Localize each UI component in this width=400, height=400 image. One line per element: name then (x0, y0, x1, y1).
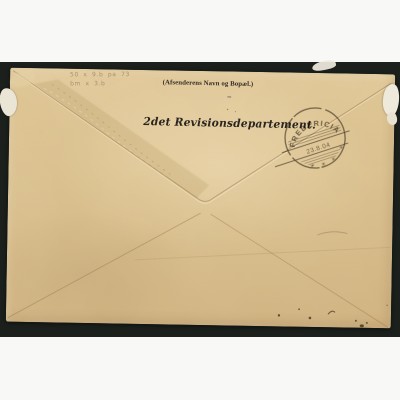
pencil-note-line2: bm x 3.b (70, 79, 130, 88)
postmark-ring (277, 100, 353, 176)
small-smudge-mark: = (227, 94, 232, 99)
pencil-note-line1: 50 x 9.b pa 73 (70, 70, 130, 79)
svg-text:FREDERICIA: FREDERICIA (282, 111, 343, 150)
envelope-back: 50 x 9.b pa 73 bm x 3.b (Afsenderens Nav… (6, 68, 395, 329)
postmark-fredericia: FREDERICIA 23.8.04 * * * (278, 101, 351, 174)
photo-of-envelope: 50 x 9.b pa 73 bm x 3.b (Afsenderens Nav… (0, 0, 400, 400)
postmark-star: * (331, 156, 338, 166)
postmark-star: * (310, 162, 317, 172)
pencil-note: 50 x 9.b pa 73 bm x 3.b (70, 70, 130, 88)
postmark-town: FREDERICIA (282, 111, 343, 150)
